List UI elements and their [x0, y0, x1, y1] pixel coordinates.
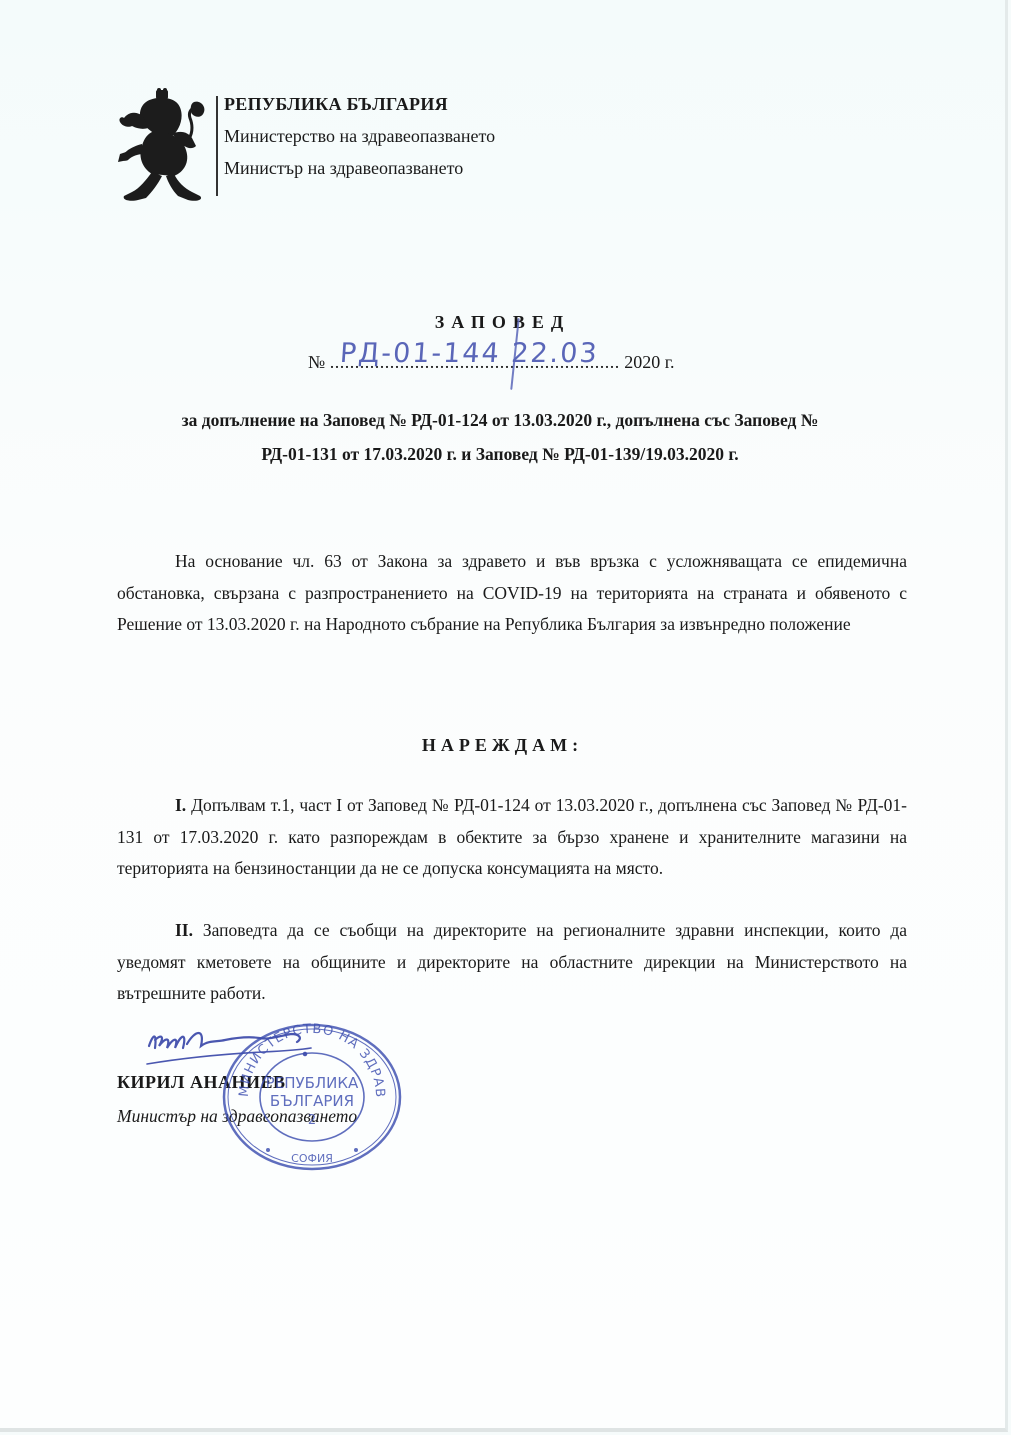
header-divider [216, 96, 218, 196]
item-numeral: I. [175, 795, 186, 815]
document-page: РЕПУБЛИКА БЪЛГАРИЯ Министерство на здрав… [0, 0, 1008, 1432]
item-text: Заповедта да се съобщи на директорите на… [117, 920, 907, 1003]
subtitle-line-1: за допълнение на Заповед № РД-01-124 от … [100, 403, 900, 437]
legal-basis-paragraph: На основание чл. 63 от Закона за здравет… [117, 546, 907, 641]
ministry-name: Министерство на здравеопазването [224, 126, 495, 147]
letterhead-text: РЕПУБЛИКА БЪЛГАРИЯ Министерство на здрав… [224, 94, 495, 179]
bulgarian-lion-coat-of-arms-icon [112, 88, 212, 203]
order-heading: НАРЕЖДАМ: [0, 735, 1005, 756]
order-item-1: I. Допълвам т.1, част I от Заповед № РД-… [117, 790, 907, 885]
number-sign: № [308, 352, 325, 372]
minister-name: Министър на здравеопазването [224, 158, 495, 179]
item-numeral: II. [175, 920, 193, 940]
stamp-center-line-2: БЪЛГАРИЯ [270, 1092, 354, 1110]
order-subtitle: за допълнение на Заповед № РД-01-124 от … [100, 403, 900, 471]
stamp-center-line-1: РЕПУБЛИКА [266, 1074, 359, 1092]
handwritten-order-number: РД-01-144 22.03 [339, 338, 600, 369]
legal-basis-text: На основание чл. 63 от Закона за здравет… [117, 551, 907, 634]
item-text: Допълвам т.1, част I от Заповед № РД-01-… [117, 795, 907, 878]
order-item-2: II. Заповедта да се съобщи на директорит… [117, 915, 907, 1010]
stamp-number: 2 [308, 1113, 316, 1128]
official-stamp: МИНИСТЕРСТВО НА ЗДРАВЕОПАЗВАНЕТО РЕПУБЛИ… [214, 1022, 410, 1172]
stamp-city: СОФИЯ [291, 1152, 333, 1165]
order-year: 2020 г. [624, 352, 674, 372]
order-title: ЗАПОВЕД [0, 312, 1005, 333]
country-name: РЕПУБЛИКА БЪЛГАРИЯ [224, 94, 495, 115]
subtitle-line-2: РД-01-131 от 17.03.2020 г. и Заповед № Р… [100, 437, 900, 471]
